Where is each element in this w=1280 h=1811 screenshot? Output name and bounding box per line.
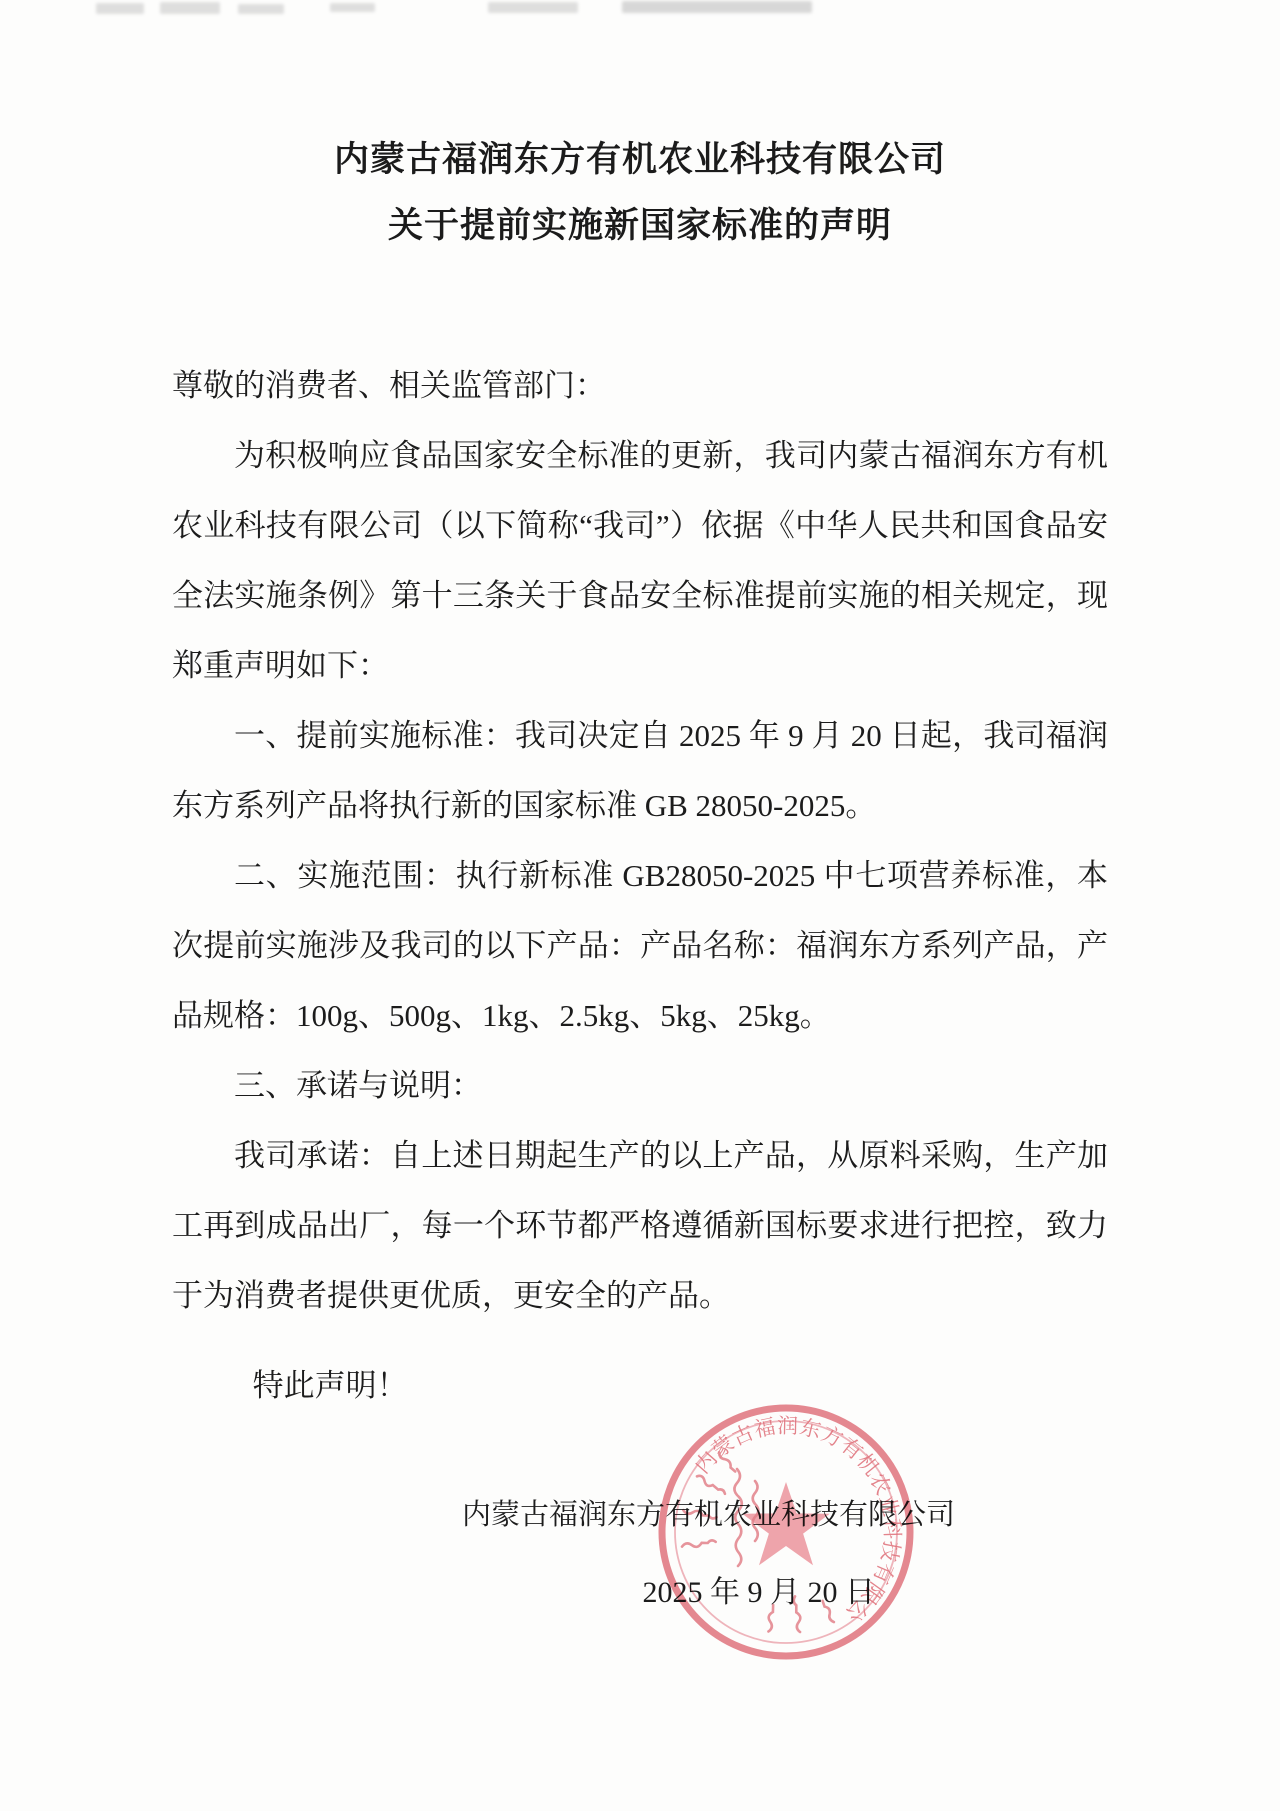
document-header: 内蒙古福润东方有机农业科技有限公司 关于提前实施新国家标准的声明	[0, 0, 1280, 243]
salutation: 尊敬的消费者、相关监管部门：	[172, 351, 1108, 421]
document-title: 关于提前实施新国家标准的声明	[0, 208, 1280, 243]
paragraph-commitment: 我司承诺：自上述日期起生产的以上产品，从原料采购，生产加工再到成品出厂，每一个环…	[172, 1121, 1108, 1331]
company-seal-stamp: 内蒙古福润东方有机农业科技有限公司	[651, 1397, 921, 1667]
paragraph-item-1: 一、提前实施标准：我司决定自 2025 年 9 月 20 日起，我司福润东方系列…	[172, 701, 1108, 841]
declaration-document-page: 内蒙古福润东方有机农业科技有限公司 关于提前实施新国家标准的声明 尊敬的消费者、…	[0, 0, 1280, 1811]
closing-statement: 特此声明！	[172, 1351, 1108, 1421]
bleed-through-artifact	[96, 3, 144, 14]
bleed-through-artifact	[160, 2, 220, 14]
bleed-through-artifact	[622, 1, 812, 13]
paragraph-intro: 为积极响应食品国家安全标准的更新，我司内蒙古福润东方有机农业科技有限公司（以下简…	[172, 421, 1108, 701]
seal-mongolian-script	[682, 1451, 836, 1632]
paragraph-item-2: 二、实施范围：执行新标准 GB28050-2025 中七项营养标准，本次提前实施…	[172, 841, 1108, 1051]
company-title: 内蒙古福润东方有机农业科技有限公司	[0, 142, 1280, 177]
bleed-through-artifact	[238, 4, 284, 14]
document-body: 尊敬的消费者、相关监管部门： 为积极响应食品国家安全标准的更新，我司内蒙古福润东…	[0, 351, 1280, 1421]
bleed-through-artifact	[488, 2, 578, 13]
paragraph-item-3: 三、承诺与说明：	[172, 1051, 1108, 1121]
bleed-through-artifact	[330, 3, 375, 12]
